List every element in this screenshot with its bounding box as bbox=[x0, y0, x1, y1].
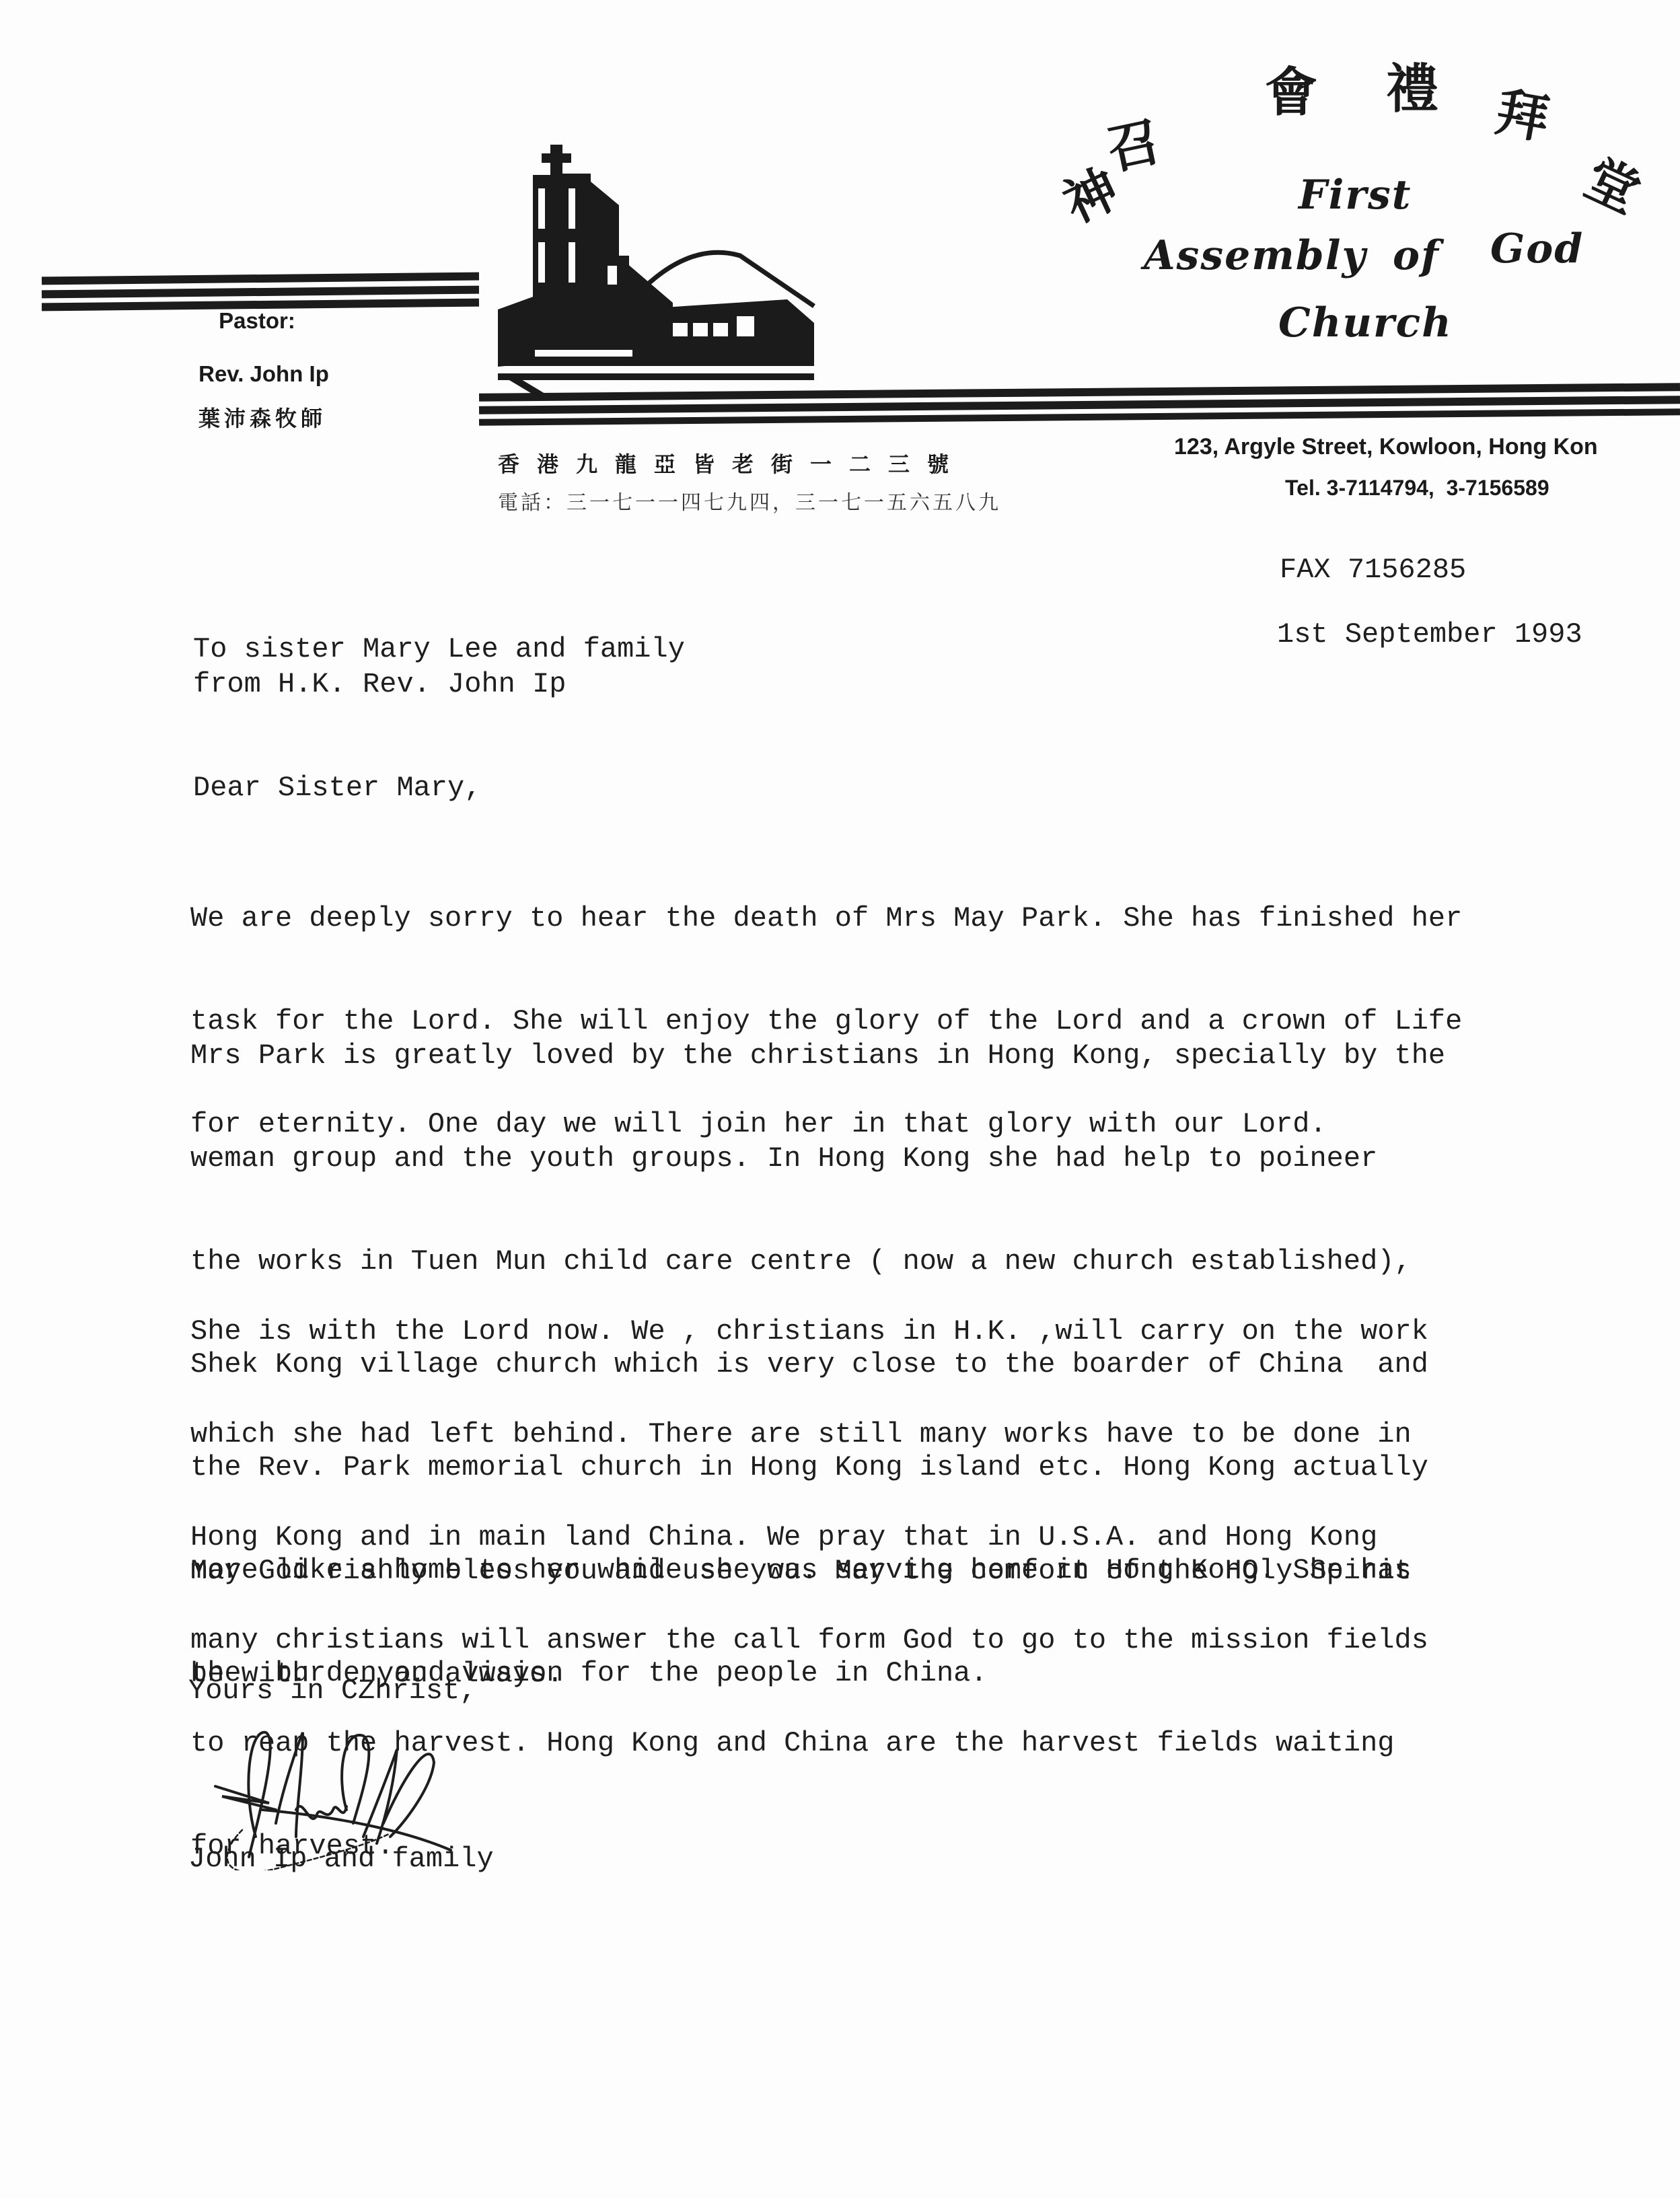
paragraph-line: Mrs Park is greatly loved by the christi… bbox=[190, 1039, 1445, 1073]
header-rule-left-1 bbox=[42, 272, 479, 285]
salutation: Dear Sister Mary, bbox=[193, 771, 481, 805]
church-name-cn-char-5: 拜 bbox=[1491, 70, 1556, 153]
church-name-church: Church bbox=[1278, 299, 1453, 346]
phone-chinese: 電話：三一七一一四七九四，三一七一五六五八九 bbox=[498, 486, 1001, 515]
recipient-line-2: from H.K. Rev. John Ip bbox=[193, 667, 567, 702]
paragraph-line: weman group and the youth groups. In Hon… bbox=[190, 1142, 1445, 1176]
church-name-cn-char-2: 召 bbox=[1099, 100, 1167, 184]
church-name-assembly: Assembly bbox=[1144, 232, 1366, 279]
closing: Yours in CZhrist, bbox=[188, 1674, 476, 1708]
church-name-first: First bbox=[1299, 172, 1412, 219]
telephone-english: Tel. 3-7114794, 3-7156589 bbox=[1285, 476, 1549, 501]
church-building-icon bbox=[471, 141, 821, 397]
paragraph-line: which she had left behind. There are sti… bbox=[190, 1418, 1428, 1452]
address-chinese: 香港九龍亞皆老街一二三號 bbox=[498, 447, 966, 478]
church-name-cn-char-6: 堂 bbox=[1574, 137, 1654, 227]
pastor-name-chinese: 葉沛森牧師 bbox=[155, 402, 370, 433]
paragraph-line: She is with the Lord now. We , christian… bbox=[190, 1315, 1428, 1349]
sign-off: John Ip and family bbox=[188, 1842, 494, 1876]
pastor-name: Rev. John Ip bbox=[156, 361, 371, 387]
paragraph-line: We are deeply sorry to hear the death of… bbox=[190, 902, 1462, 936]
church-name-cn-char-3: 會 bbox=[1265, 50, 1317, 126]
church-name-god: God bbox=[1490, 225, 1584, 272]
fax-number: FAX 7156285 bbox=[1280, 553, 1466, 587]
paragraph-line: May God rishly bless you and use you. Ma… bbox=[190, 1554, 1412, 1588]
church-name-of: of bbox=[1393, 232, 1440, 279]
church-name-cn-char-4: 禮 bbox=[1386, 47, 1438, 122]
letter-date: 1st September 1993 bbox=[1277, 618, 1582, 652]
recipient-line-1: To sister Mary Lee and family bbox=[193, 632, 685, 667]
header-rule-left-2 bbox=[42, 286, 479, 299]
address-english: 123, Argyle Street, Kowloon, Hong Kon bbox=[1174, 434, 1598, 460]
pastor-label: Pastor: bbox=[149, 308, 365, 334]
